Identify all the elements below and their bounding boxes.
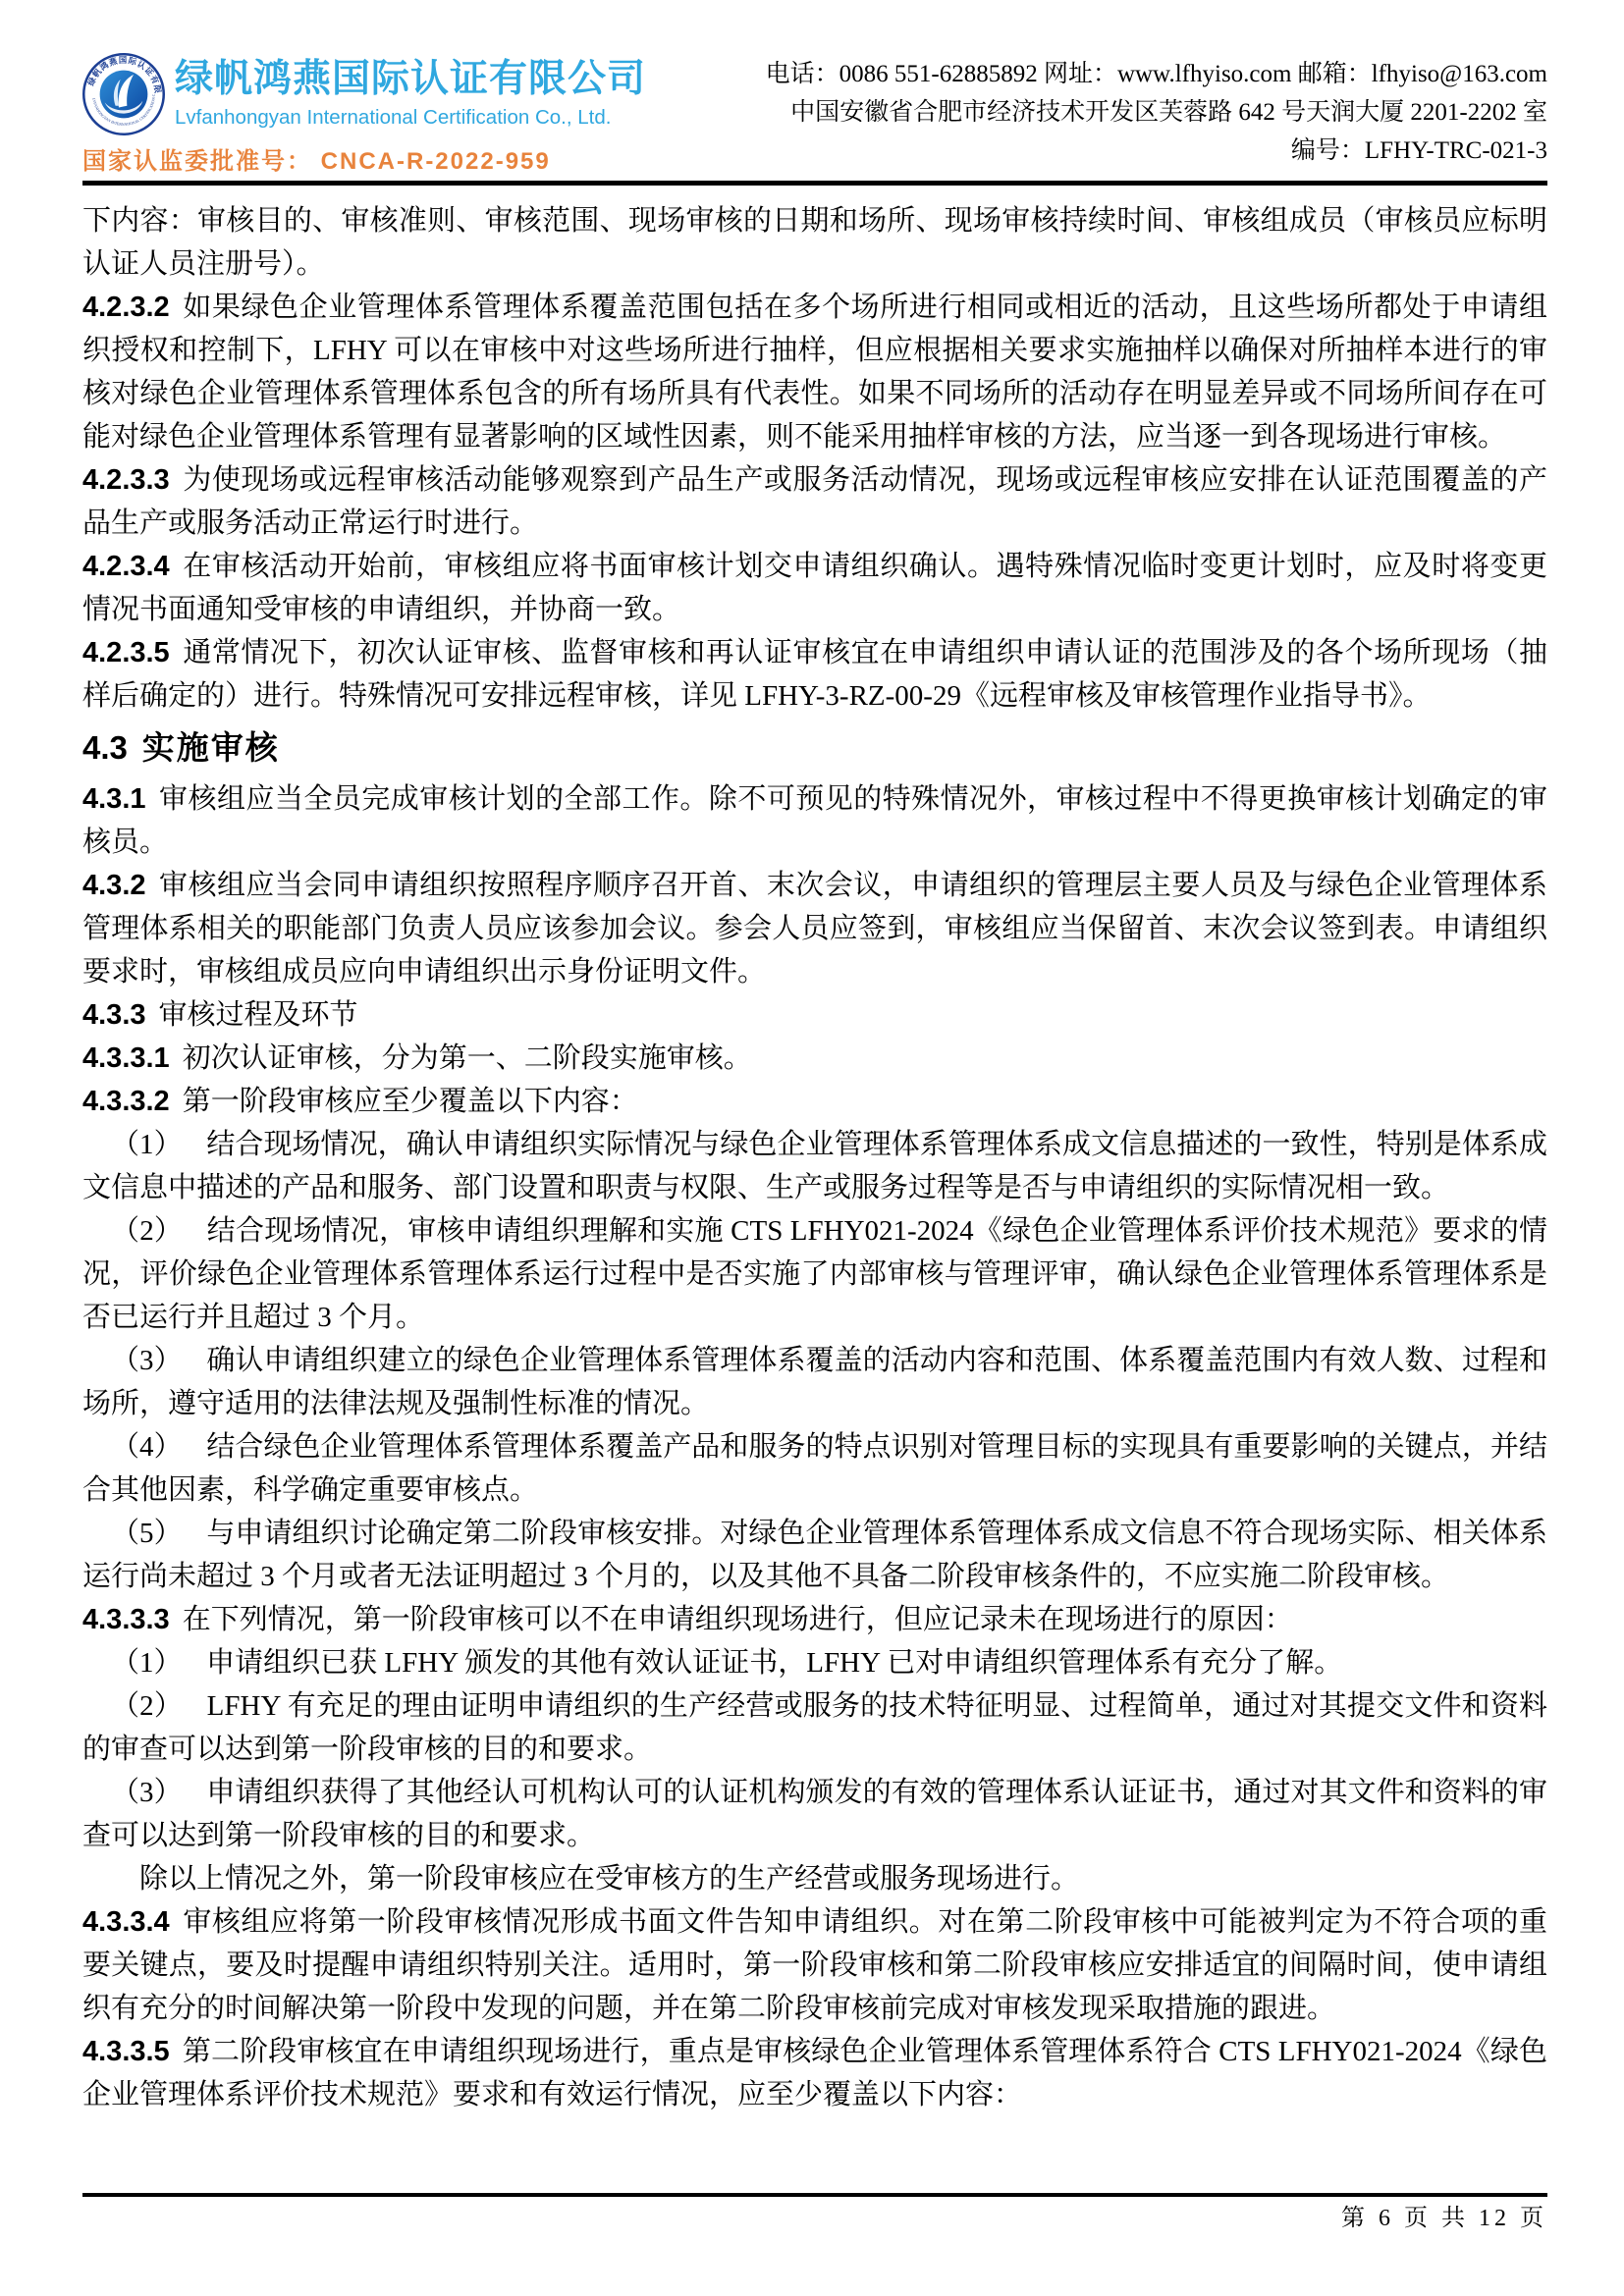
paragraph-text: 如果绿色企业管理体系管理体系覆盖范围包括在多个场所进行相同或相近的活动，且这些场… — [82, 292, 1547, 453]
paragraph: 4.2.3.2如果绿色企业管理体系管理体系覆盖范围包括在多个场所进行相同或相近的… — [82, 286, 1547, 458]
clause-number: 4.2.3.3 — [82, 464, 170, 496]
paragraph-text: 在审核活动开始前，审核组应将书面审核计划交申请组织确认。遇特殊情况临时变更计划时… — [82, 551, 1547, 625]
paragraph-text: 与申请组织讨论确定第二阶段审核安排。对绿色企业管理体系管理体系成文信息不符合现场… — [82, 1518, 1547, 1592]
contact-phone-web-email: 电话：0086 551-62885892 网址：www.lfhyiso.com … — [766, 55, 1547, 93]
clause-number: 4.3.3 — [82, 999, 146, 1031]
company-logo-icon: 绿帆鸿燕国际认证有限公司 LVFANHONGYAN INTERNATIONAL … — [82, 53, 165, 135]
paragraph: 4.3.3.3在下列情况，第一阶段审核可以不在申请组织现场进行，但应记录未在现场… — [82, 1598, 1547, 1641]
clause-number: 4.2.3.5 — [82, 637, 170, 668]
paragraph-text: LFHY 有充足的理由证明申请组织的生产经营或服务的技术特征明显、过程简单，通过… — [82, 1690, 1547, 1765]
letterhead: 绿帆鸿燕国际认证有限公司 LVFANHONGYAN INTERNATIONAL … — [0, 0, 1624, 177]
company-name-cn: 绿帆鸿燕国际认证有限公司 — [175, 57, 646, 102]
brand-block: 绿帆鸿燕国际认证有限公司 LVFANHONGYAN INTERNATIONAL … — [82, 53, 646, 177]
company-name-en: Lvfanhongyan International Certification… — [175, 104, 646, 132]
company-address: 中国安徽省合肥市经济技术开发区芙蓉路 642 号天润大厦 2201-2202 室 — [766, 93, 1547, 132]
clause-number: （1） — [111, 1129, 183, 1160]
clause-number: （1） — [111, 1647, 183, 1679]
clause-number: （3） — [111, 1345, 183, 1376]
paragraph: （1）结合现场情况，确认申请组织实际情况与绿色企业管理体系管理体系成文信息描述的… — [82, 1123, 1547, 1209]
clause-number: 4.3.3.2 — [82, 1086, 170, 1117]
clause-number: （4） — [111, 1431, 183, 1463]
paragraph-text: 第一阶段审核应至少覆盖以下内容： — [183, 1086, 638, 1117]
paragraph: 4.3.3.5第二阶段审核宜在申请组织现场进行，重点是审核绿色企业管理体系管理体… — [82, 2030, 1547, 2116]
paragraph: 4.2.3.5通常情况下，初次认证审核、监督审核和再认证审核宜在申请组织申请认证… — [82, 631, 1547, 718]
paragraph-text: 在下列情况，第一阶段审核可以不在申请组织现场进行，但应记录未在现场进行的原因： — [183, 1604, 1293, 1635]
clause-number: 4.3.3.1 — [82, 1042, 170, 1074]
clause-number: （2） — [111, 1690, 183, 1722]
document-page: 绿帆鸿燕国际认证有限公司 LVFANHONGYAN INTERNATIONAL … — [0, 0, 1624, 2296]
paragraph: 4.3.3审核过程及环节 — [82, 993, 1547, 1037]
paragraph-text: 结合绿色企业管理体系管理体系覆盖产品和服务的特点识别对管理目标的实现具有重要影响… — [82, 1431, 1547, 1506]
paragraph: （3）确认申请组织建立的绿色企业管理体系管理体系覆盖的活动内容和范围、体系覆盖范… — [82, 1339, 1547, 1425]
paragraph-text: 申请组织已获 LFHY 颁发的其他有效认证证书，LFHY 已对申请组织管理体系有… — [206, 1647, 1342, 1679]
paragraph-text: 审核组应当会同申请组织按照程序顺序召开首、末次会议，申请组织的管理层主要人员及与… — [82, 870, 1547, 988]
paragraph: 除以上情况之外，第一阶段审核应在受审核方的生产经营或服务现场进行。 — [82, 1857, 1547, 1900]
paragraph: 4.3.2审核组应当会同申请组织按照程序顺序召开首、末次会议，申请组织的管理层主… — [82, 864, 1547, 993]
paragraph: 下内容：审核目的、审核准则、审核范围、现场审核的日期和场所、现场审核持续时间、审… — [82, 199, 1547, 286]
paragraph: （2）结合现场情况，审核申请组织理解和实施 CTS LFHY021-2024《绿… — [82, 1209, 1547, 1339]
paragraph: （3）申请组织获得了其他经认可机构认可的认证机构颁发的有效的管理体系认证证书，通… — [82, 1771, 1547, 1857]
paragraph-text: 除以上情况之外，第一阶段审核应在受审核方的生产经营或服务现场进行。 — [139, 1863, 1079, 1895]
paragraph: （2）LFHY 有充足的理由证明申请组织的生产经营或服务的技术特征明显、过程简单… — [82, 1684, 1547, 1771]
paragraph-text: 初次认证审核，分为第一、二阶段实施审核。 — [183, 1042, 752, 1074]
paragraph-text: 下内容：审核目的、审核准则、审核范围、现场审核的日期和场所、现场审核持续时间、审… — [82, 205, 1547, 280]
paragraph-text: 为使现场或远程审核活动能够观察到产品生产或服务活动情况，现场或远程审核应安排在认… — [82, 464, 1547, 539]
paragraph: 4.3.3.2第一阶段审核应至少覆盖以下内容： — [82, 1080, 1547, 1123]
paragraph: （1）申请组织已获 LFHY 颁发的其他有效认证证书，LFHY 已对申请组织管理… — [82, 1641, 1547, 1684]
clause-number: 4.3.2 — [82, 870, 146, 901]
paragraph: 4.3.3.4审核组应将第一阶段审核情况形成书面文件告知申请组织。对在第二阶段审… — [82, 1900, 1547, 2030]
paragraph-text: 第二阶段审核宜在申请组织现场进行，重点是审核绿色企业管理体系管理体系符合 CTS… — [82, 2036, 1547, 2110]
page-number: 第 6 页 共 12 页 — [82, 2199, 1547, 2238]
clause-number: 4.2.3.2 — [82, 292, 170, 323]
contact-block: 电话：0086 551-62885892 网址：www.lfhyiso.com … — [766, 53, 1547, 170]
paragraph-text: 审核组应当全员完成审核计划的全部工作。除不可预见的特殊情况外，审核过程中不得更换… — [82, 783, 1547, 858]
paragraph: （4）结合绿色企业管理体系管理体系覆盖产品和服务的特点识别对管理目标的实现具有重… — [82, 1425, 1547, 1512]
footer-divider — [82, 2193, 1547, 2197]
paragraph-text: 通常情况下，初次认证审核、监督审核和再认证审核宜在申请组织申请认证的范围涉及的各… — [82, 637, 1547, 712]
paragraph-text: 确认申请组织建立的绿色企业管理体系管理体系覆盖的活动内容和范围、体系覆盖范围内有… — [82, 1345, 1547, 1419]
paragraph-text: 审核过程及环节 — [159, 999, 358, 1031]
clause-number: 4.3.1 — [82, 783, 146, 815]
paragraph: 4.3实施审核 — [82, 723, 1547, 774]
paragraph: 4.3.1审核组应当全员完成审核计划的全部工作。除不可预见的特殊情况外，审核过程… — [82, 777, 1547, 864]
paragraph: 4.2.3.3为使现场或远程审核活动能够观察到产品生产或服务活动情况，现场或远程… — [82, 458, 1547, 545]
document-number: 编号：LFHY-TRC-021-3 — [766, 132, 1547, 170]
paragraph-text: 结合现场情况，确认申请组织实际情况与绿色企业管理体系管理体系成文信息描述的一致性… — [82, 1129, 1547, 1203]
paragraph-text: 实施审核 — [142, 731, 280, 767]
paragraph: （5）与申请组织讨论确定第二阶段审核安排。对绿色企业管理体系管理体系成文信息不符… — [82, 1512, 1547, 1598]
clause-number: 4.2.3.4 — [82, 551, 170, 582]
clause-number: 4.3 — [82, 729, 128, 766]
paragraph: 4.2.3.4在审核活动开始前，审核组应将书面审核计划交申请组织确认。遇特殊情况… — [82, 545, 1547, 631]
clause-number: （2） — [111, 1215, 183, 1247]
document-body: 下内容：审核目的、审核准则、审核范围、现场审核的日期和场所、现场审核持续时间、审… — [0, 186, 1624, 2116]
clause-number: 4.3.3.3 — [82, 1604, 170, 1635]
paragraph-text: 申请组织获得了其他经认可机构认可的认证机构颁发的有效的管理体系认证证书，通过对其… — [82, 1777, 1547, 1851]
clause-number: （5） — [111, 1518, 183, 1549]
paragraph-text: 结合现场情况，审核申请组织理解和实施 CTS LFHY021-2024《绿色企业… — [82, 1215, 1547, 1333]
paragraph: 4.3.3.1初次认证审核，分为第一、二阶段实施审核。 — [82, 1037, 1547, 1080]
clause-number: （3） — [111, 1777, 183, 1808]
approval-number: 国家认监委批准号： CNCA-R-2022-959 — [82, 147, 646, 177]
page-footer: 第 6 页 共 12 页 — [82, 2193, 1547, 2238]
clause-number: 4.3.3.4 — [82, 1906, 170, 1938]
paragraph-text: 审核组应将第一阶段审核情况形成书面文件告知申请组织。对在第二阶段审核中可能被判定… — [82, 1906, 1547, 2024]
clause-number: 4.3.3.5 — [82, 2036, 170, 2067]
